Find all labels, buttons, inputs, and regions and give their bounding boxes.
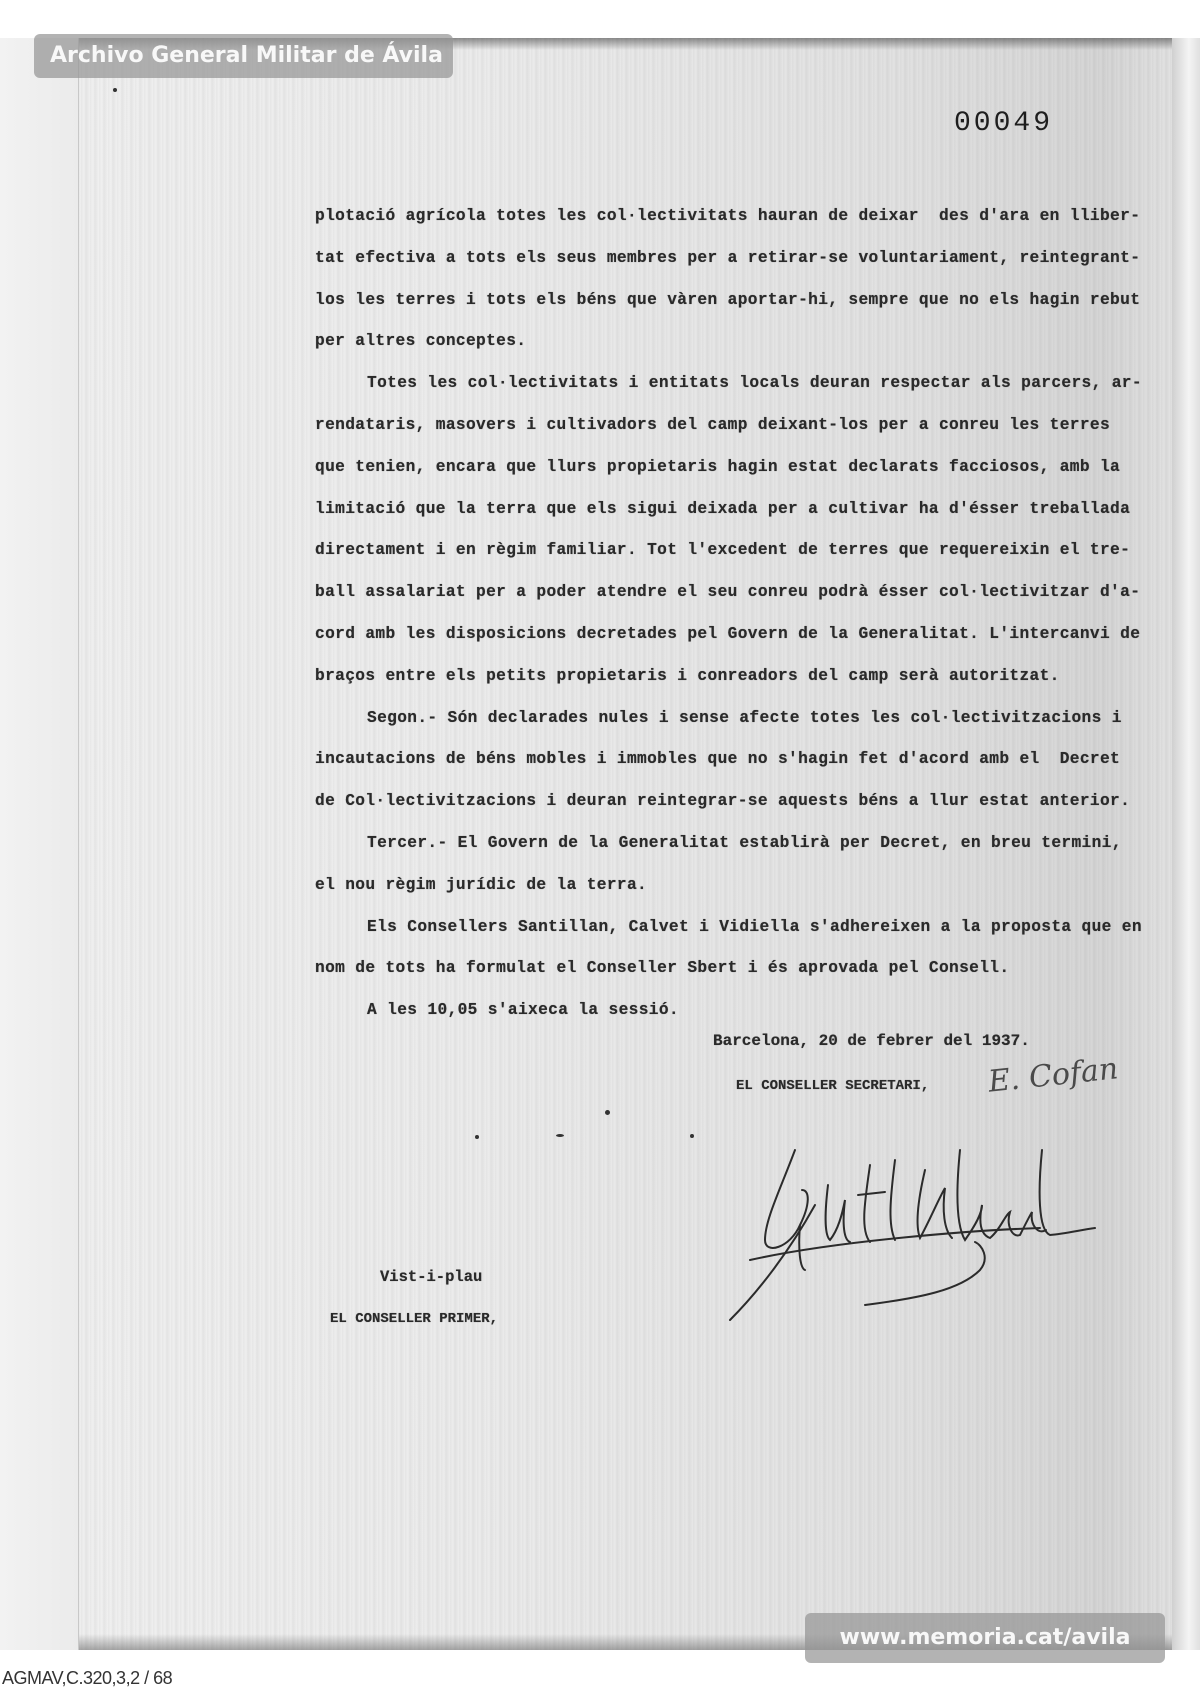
place-date: Barcelona, 20 de febrer del 1937. [713,1032,1030,1050]
document-text-line: per altres conceptes. [315,321,1175,363]
document-text-line: directament i en règim familiar. Tot l'e… [315,530,1175,572]
document-text-line: rendataris, masovers i cultivadors del c… [315,405,1175,447]
scan-speck [690,1134,694,1138]
document-text-line: ball assalariat per a poder atendre el s… [315,572,1175,614]
document-text-line: que tenien, encara que llurs propietaris… [315,447,1175,489]
document-text-line: Totes les col·lectivitats i entitats loc… [315,363,1175,405]
page-right-edge [1172,38,1200,1650]
approval-label: Vist-i-plau [380,1268,482,1286]
folio-number: 00049 [954,108,1053,139]
scan-speck [113,88,117,92]
first-councillor-title: EL CONSELLER PRIMER, [330,1311,498,1327]
scan-speck [605,1110,610,1115]
document-text-line: Segon.- Són declarades nules i sense afe… [315,698,1175,740]
document-text-line: el nou règim jurídic de la terra. [315,865,1175,907]
document-text-line: limitació que la terra que els sigui dei… [315,489,1175,531]
archive-watermark: Archivo General Militar de Ávila [34,34,453,78]
document-text-line: de Col·lectivitzacions i deuran reintegr… [315,781,1175,823]
secretary-title: EL CONSELLER SECRETARI, [736,1078,929,1094]
document-text-line: incautacions de béns mobles i immobles q… [315,739,1175,781]
document-text-line: braços entre els petits propietaris i co… [315,656,1175,698]
website-watermark: www.memoria.cat/avila [805,1613,1165,1663]
document-text-line: los les terres i tots els béns que vàren… [315,280,1175,322]
archive-reference: AGMAV,C.320,3,2 / 68 [2,1668,172,1689]
document-text-line: tat efectiva a tots els seus membres per… [315,238,1175,280]
document-text-line: Tercer.- El Govern de la Generalitat est… [315,823,1175,865]
document-text-line: cord amb les disposicions decretades pel… [315,614,1175,656]
scan-speck [556,1134,564,1137]
page-left-margin [0,38,79,1650]
scan-speck [475,1135,479,1139]
document-text-line: A les 10,05 s'aixeca la sessió. [315,990,1175,1032]
signature: Antoni Sbert [720,1130,1160,1330]
document-text-line: plotació agrícola totes les col·lectivit… [315,196,1175,238]
document-body: plotació agrícola totes les col·lectivit… [315,196,1175,1032]
document-text-line: nom de tots ha formulat el Conseller Sbe… [315,948,1175,990]
document-text-line: Els Consellers Santillan, Calvet i Vidie… [315,907,1175,949]
